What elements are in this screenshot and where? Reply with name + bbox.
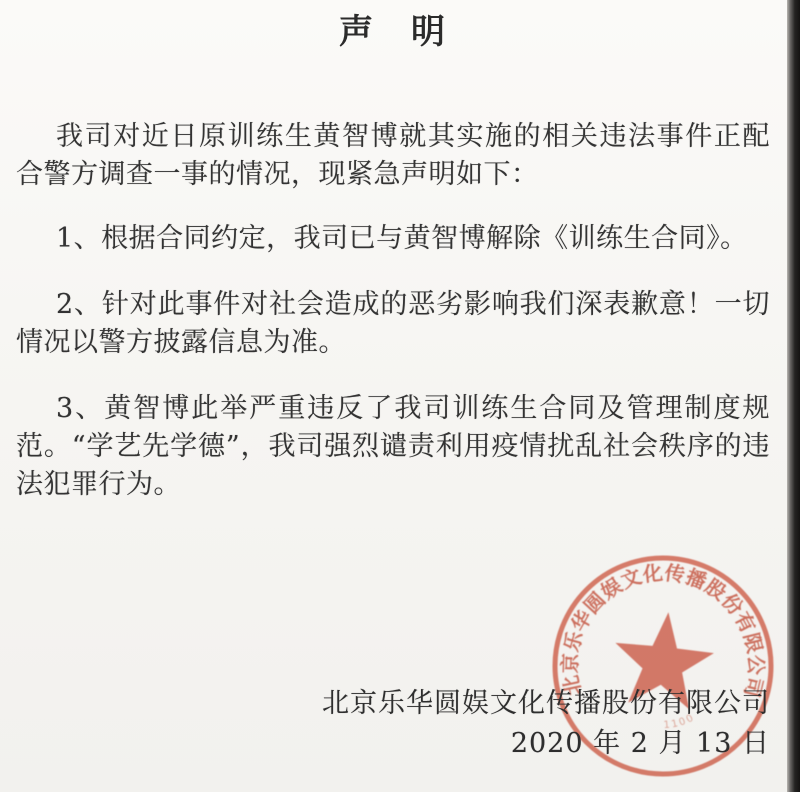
document-paragraph-item1: 1、根据合同约定，我司已与黄智博解除《训练生合同》。 [16, 220, 770, 258]
statement-document-page: 声 明 我司对近日原训练生黄智博就其实施的相关违法事件正配合警方调查一事的情况，… [0, 0, 800, 792]
signature-block: 北京乐华圆娱文化传播股份有限公司 2020 年 2 月 13 日 [16, 684, 770, 764]
signature-date: 2020 年 2 月 13 日 [16, 724, 770, 764]
document-paragraph-item3: 3、黄智博此举严重违反了我司训练生合同及管理制度规范。“学艺先学德”，我司强烈谴… [16, 390, 770, 504]
signature-company-name: 北京乐华圆娱文化传播股份有限公司 [16, 684, 770, 724]
photo-edge-bar [787, 0, 800, 792]
document-body: 声 明 我司对近日原训练生黄智博就其实施的相关违法事件正配合警方调查一事的情况，… [0, 10, 800, 764]
document-paragraph-intro: 我司对近日原训练生黄智博就其实施的相关违法事件正配合警方调查一事的情况，现紧急声… [16, 118, 770, 194]
document-paragraph-item2: 2、针对此事件对社会造成的恶劣影响我们深表歉意！一切情况以警方披露信息为准。 [16, 286, 770, 362]
document-title: 声 明 [16, 10, 770, 54]
